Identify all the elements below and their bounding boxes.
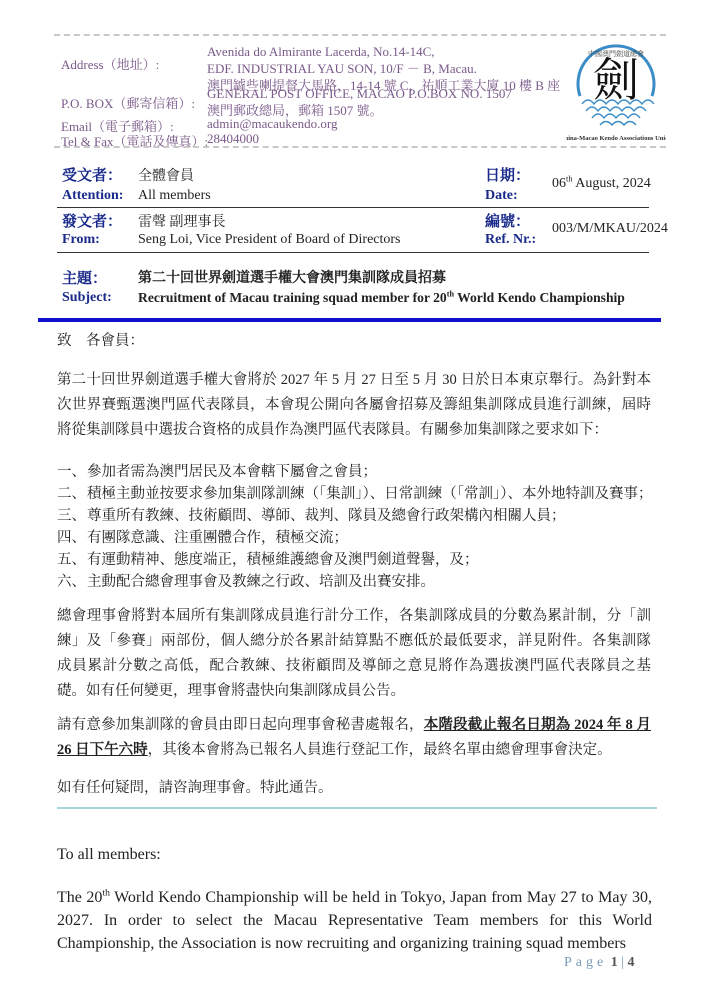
salutation-zh: 致 各會員： (57, 329, 651, 354)
scoring-paragraph-zh: 總會理事會將對本屆所有集訓隊成員進行計分工作，各集訓隊成員的分數為累計制，分「訓… (57, 604, 651, 704)
requirement-item: 五、有運動精神、態度端正，積極維護總會及澳門劍道聲譽，及； (57, 548, 479, 569)
attention-label-zh: 受文者： (62, 164, 122, 185)
intro-paragraph-zh: 第二十回世界劍道選手權大會將於 2027 年 5 月 27 日至 5 月 30 … (57, 368, 651, 443)
subject-zh: 第二十回世界劍道選手權大會澳門集訓隊成員招募 (138, 267, 446, 287)
requirement-item: 三、尊重所有教練、技術顧問、導師、裁判、隊員及總會行政架構內相關人員； (57, 504, 566, 525)
from-value-zh: 雷聲 副理事長 (138, 211, 226, 231)
address-label: Address（地址）: (61, 54, 159, 73)
salutation-en: To all members: (57, 843, 652, 866)
address-line-1: Avenida do Almirante Lacerda, No.14-14C, (207, 44, 435, 60)
from-label-en: From: (62, 232, 100, 248)
closing-zh: 如有任何疑問，請咨詢理事會。特此通告。 (57, 776, 651, 801)
kendo-sword-logo-icon: 劍 中國澳門劍道總會 China-Macao Kendo Association… (566, 34, 666, 146)
date-label-en: Date: (485, 188, 518, 204)
svg-text:China-Macao Kendo Associations: China-Macao Kendo Associations Union (566, 135, 666, 142)
attention-value-zh: 全體會員 (138, 165, 194, 185)
meta-divider-1 (57, 207, 649, 208)
language-divider (57, 807, 657, 809)
telfax-value: 28404000 (207, 131, 259, 147)
intro-paragraph-en: The 20th World Kendo Championship will b… (57, 886, 652, 955)
from-label-zh: 發文者： (62, 210, 122, 231)
svg-text:劍: 劍 (593, 53, 639, 107)
pobox-label: P.O. BOX（郵寄信箱）: (61, 93, 195, 112)
requirement-item: 二、積極主動並按要求參加集訓隊訓練（「集訓」）、日常訓練（「常訓」）、本外地特訓… (57, 482, 653, 503)
attention-label-en: Attention: (62, 188, 123, 204)
email-value[interactable]: admin@macaukendo.org (207, 116, 338, 132)
requirement-item: 一、參加者需為澳門居民及本會轄下屬會之會員； (57, 460, 377, 481)
requirement-item: 四、有團隊意識、注重團體合作，積極交流； (57, 526, 348, 547)
attention-value-en: All members (138, 188, 211, 204)
meta-divider-2 (57, 252, 649, 253)
ref-value: 003/M/MKAU/2024 (552, 221, 668, 237)
address-line-2: EDF. INDUSTRIAL YAU SON, 10/F － B, Macau… (207, 61, 477, 77)
requirement-item: 六、主動配合總會理事會及教練之行政、培訓及出賽安排。 (57, 570, 435, 591)
svg-text:中國澳門劍道總會: 中國澳門劍道總會 (588, 49, 644, 58)
subject-label-en: Subject: (62, 290, 112, 306)
pobox-line-1: GENERAL POST OFFICE, MACAO P.O.BOX NO. 1… (207, 86, 512, 102)
date-value: 06th August, 2024 (552, 176, 651, 192)
page-indicator: Page 1 | 4 (564, 955, 635, 971)
from-value-en: Seng Loi, Vice President of Board of Dir… (138, 232, 401, 248)
ref-label-en: Ref. Nr.: (485, 232, 536, 248)
subject-rule (38, 318, 661, 322)
subject-en: Recruitment of Macau training squad memb… (138, 290, 625, 306)
registration-paragraph-zh: 請有意參加集訓隊的會員由即日起向理事會秘書處報名，本階段截止報名日期為 2024… (57, 713, 651, 763)
letterhead-bottom-dashed-rule (54, 146, 666, 148)
ref-label-zh: 編號： (485, 210, 530, 231)
subject-label-zh: 主題： (62, 267, 107, 288)
date-label-zh: 日期： (485, 164, 530, 185)
